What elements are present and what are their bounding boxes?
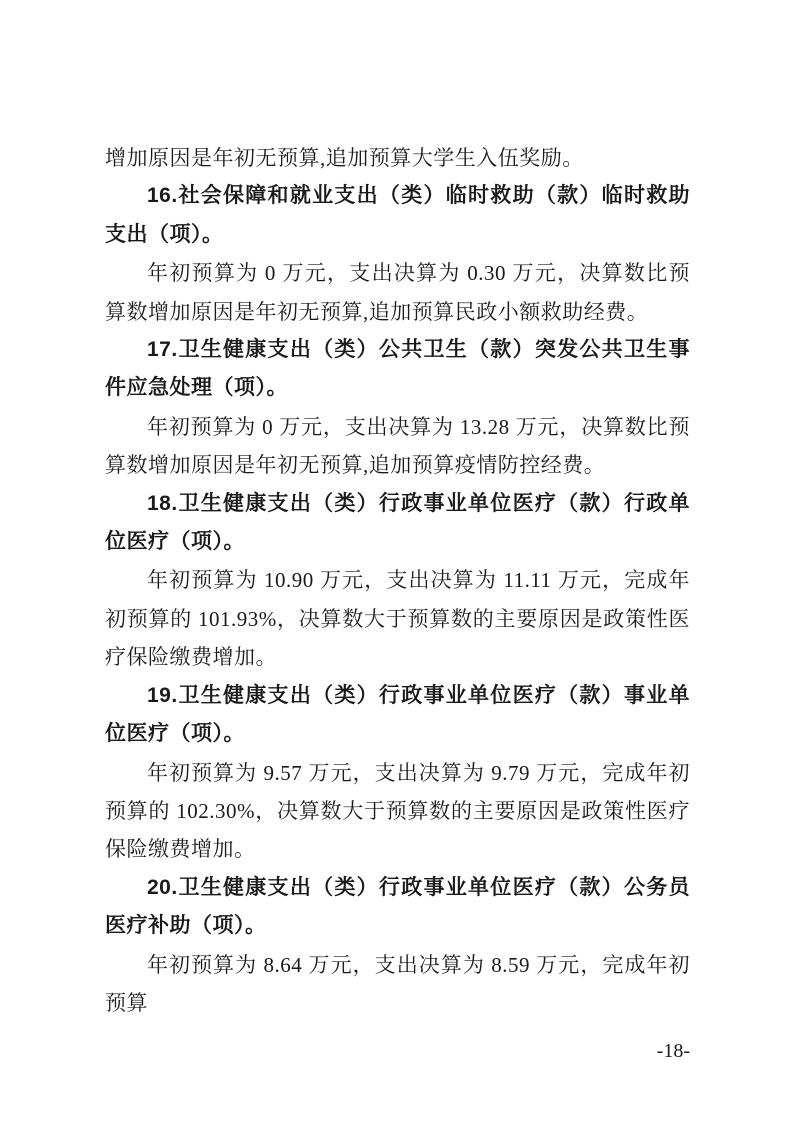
paragraph-continuation: 增加原因是年初无预算,追加预算大学生入伍奖励。 — [105, 139, 690, 177]
document-page: 增加原因是年初无预算,追加预算大学生入伍奖励。 16.社会保障和就业支出（类）临… — [0, 0, 793, 1122]
section-heading-20: 20.卫生健康支出（类）行政事业单位医疗（款）公务员医疗补助（项）。 — [105, 869, 690, 946]
page-number: -18- — [105, 1039, 690, 1063]
section-heading-17: 17.卫生健康支出（类）公共卫生（款）突发公共卫生事件应急处理（项）。 — [105, 331, 690, 408]
section-heading-16: 16.社会保障和就业支出（类）临时救助（款）临时救助支出（项）。 — [105, 177, 690, 254]
section-heading-18: 18.卫生健康支出（类）行政事业单位医疗（款）行政单位医疗（项）。 — [105, 485, 690, 562]
paragraph-section-16-detail: 年初预算为 0 万元，支出决算为 0.30 万元，决算数比预算数增加原因是年初无… — [105, 254, 690, 331]
paragraph-section-19-detail: 年初预算为 9.57 万元，支出决算为 9.79 万元，完成年初预算的 102.… — [105, 754, 690, 869]
paragraph-section-17-detail: 年初预算为 0 万元，支出决算为 13.28 万元，决算数比预算数增加原因是年初… — [105, 408, 690, 485]
paragraph-section-20-detail: 年初预算为 8.64 万元，支出决算为 8.59 万元，完成年初预算 — [105, 946, 690, 1023]
paragraph-section-18-detail: 年初预算为 10.90 万元，支出决算为 11.11 万元，完成年初预算的 10… — [105, 561, 690, 676]
section-heading-19: 19.卫生健康支出（类）行政事业单位医疗（款）事业单位医疗（项）。 — [105, 677, 690, 754]
